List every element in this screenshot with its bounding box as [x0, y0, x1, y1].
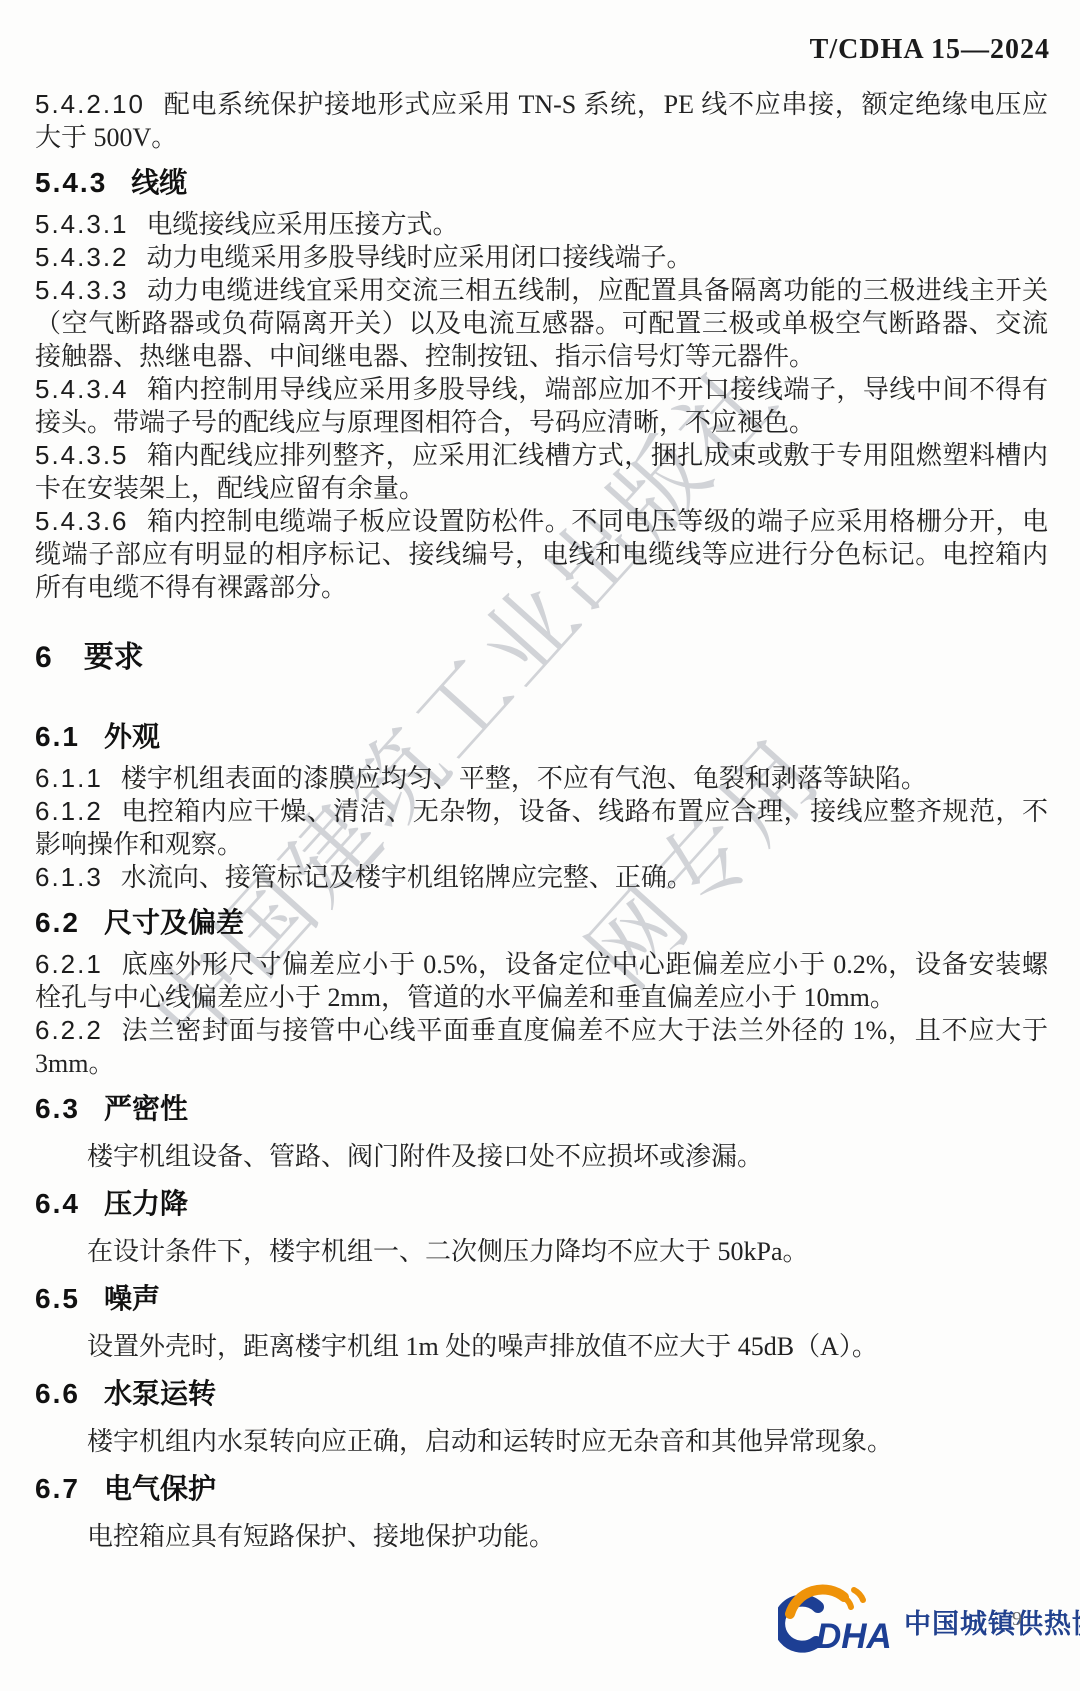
paragraph: 楼宇机组设备、管路、阀门附件及接口处不应损坏或渗漏。 [35, 1140, 1048, 1173]
clause-number: 6.1 [35, 721, 80, 752]
clause-number: 6.7 [35, 1473, 80, 1504]
clause: 6.1.3水流向、接管标记及楼宇机组铭牌应完整、正确。 [35, 861, 1048, 894]
clause-number: 6.2 [35, 907, 80, 938]
clause: 5.4.3.6箱内控制电缆端子板应设置防松件。不同电压等级的端子应采用格栅分开，… [35, 505, 1048, 604]
clause: 5.4.3.1电缆接线应采用压接方式。 [35, 208, 1048, 241]
section-heading: 6.1外观 [35, 722, 1048, 752]
paragraph: 设置外壳时，距离楼宇机组 1m 处的噪声排放值不应大于 45dB（A）。 [35, 1330, 1048, 1363]
standard-code-header: T/CDHA 15—2024 [810, 34, 1050, 66]
clause: 5.4.3.3动力电缆进线宜采用交流三相五线制，应配置具备隔离功能的三极进线主开… [35, 274, 1048, 373]
clause: 5.4.3.2动力电缆采用多股导线时应采用闭口接线端子。 [35, 241, 1048, 274]
clause-text: 箱内控制电缆端子板应设置防松件。不同电压等级的端子应采用格栅分开，电缆端子部应有… [35, 507, 1048, 602]
clause-text: 楼宇机组设备、管路、阀门附件及接口处不应损坏或渗漏。 [87, 1142, 763, 1171]
clause-text: 配电系统保护接地形式应采用 TN-S 系统，PE 线不应串接，额定绝缘电压应大于… [35, 90, 1048, 152]
clause-number: 6.2.2 [35, 1015, 103, 1045]
clause: 5.4.3.5箱内配线应排列整齐，应采用汇线槽方式，捆扎成束或敷于专用阻燃塑料槽… [35, 439, 1048, 505]
clause-text: 箱内配线应排列整齐，应采用汇线槽方式，捆扎成束或敷于专用阻燃塑料槽内卡在安装架上… [35, 441, 1048, 503]
clause-text: 线缆 [131, 167, 187, 198]
cdha-logo: DHA 中国城镇供热协会 [778, 1580, 1080, 1662]
clause-text: 电控箱应具有短路保护、接地保护功能。 [87, 1522, 555, 1551]
clause-text: 楼宇机组内水泵转向应正确，启动和运转时应无杂音和其他异常现象。 [87, 1427, 893, 1456]
section-heading: 6要求 [35, 638, 1048, 678]
clause-text: 水泵运转 [104, 1378, 216, 1409]
logo-blue-crescent [779, 1601, 818, 1647]
clause-text: 尺寸及偏差 [104, 907, 244, 938]
clause-number: 6.1.2 [35, 796, 103, 826]
section-heading: 6.6水泵运转 [35, 1379, 1048, 1409]
clause-text: 箱内控制用导线应采用多股导线，端部应加不开口接线端子，导线中间不得有接头。带端子… [35, 375, 1048, 437]
org-name: 中国城镇供热协会 [904, 1602, 1080, 1641]
clause: 5.4.2.10配电系统保护接地形式应采用 TN-S 系统，PE 线不应串接，额… [35, 88, 1048, 154]
section-heading: 5.4.3线缆 [35, 168, 1048, 198]
clause-text: 水流向、接管标记及楼宇机组铭牌应完整、正确。 [121, 863, 693, 892]
clause-text: 在设计条件下，楼宇机组一、二次侧压力降均不应大于 50kPa。 [87, 1237, 809, 1266]
clause-number: 5.4.2.10 [35, 89, 145, 119]
document-body: 5.4.2.10配电系统保护接地形式应采用 TN-S 系统，PE 线不应串接，额… [35, 88, 1048, 1569]
paragraph: 电控箱应具有短路保护、接地保护功能。 [35, 1520, 1048, 1553]
page-number: 9 [1012, 1608, 1022, 1631]
clause-text: 噪声 [104, 1283, 160, 1314]
clause-text: 严密性 [104, 1093, 188, 1124]
clause: 5.4.3.4箱内控制用导线应采用多股导线，端部应加不开口接线端子，导线中间不得… [35, 373, 1048, 439]
clause-text: 法兰密封面与接管中心线平面垂直度偏差不应大于法兰外径的 1%，且不应大于 3mm… [35, 1016, 1048, 1078]
paragraph: 在设计条件下，楼宇机组一、二次侧压力降均不应大于 50kPa。 [35, 1235, 1048, 1268]
clause-text: 外观 [104, 721, 160, 752]
document-page: T/CDHA 15—2024 中国建筑工业出版社 网专用 5.4.2.10配电系… [0, 0, 1080, 1691]
clause-number: 5.4.3 [35, 167, 107, 198]
section-heading: 6.5噪声 [35, 1284, 1048, 1314]
section-heading: 6.4压力降 [35, 1189, 1048, 1219]
section-heading: 6.2尺寸及偏差 [35, 908, 1048, 938]
clause-number: 6 [35, 641, 54, 674]
clause-number: 5.4.3.2 [35, 242, 129, 272]
section-heading: 6.3严密性 [35, 1094, 1048, 1124]
clause-text: 楼宇机组表面的漆膜应均匀、平整，不应有气泡、龟裂和剥落等缺陷。 [121, 764, 927, 793]
clause-number: 6.4 [35, 1188, 80, 1219]
clause-number: 5.4.3.1 [35, 209, 129, 239]
clause: 6.1.2电控箱内应干燥、清洁、无杂物，设备、线路布置应合理，接线应整齐规范，不… [35, 795, 1048, 861]
clause-number: 5.4.3.3 [35, 275, 129, 305]
clause-text: 电缆接线应采用压接方式。 [147, 210, 459, 239]
clause: 6.2.2法兰密封面与接管中心线平面垂直度偏差不应大于法兰外径的 1%，且不应大… [35, 1014, 1048, 1080]
clause-number: 6.1.3 [35, 862, 103, 892]
clause-number: 6.3 [35, 1093, 80, 1124]
clause-text: 底座外形尺寸偏差应小于 0.5%，设备定位中心距偏差应小于 0.2%，设备安装螺… [35, 950, 1048, 1012]
clause-text: 设置外壳时，距离楼宇机组 1m 处的噪声排放值不应大于 45dB（A）。 [87, 1332, 878, 1361]
logo-abbr-text: DHA [816, 1617, 892, 1656]
clause-text: 电气保护 [104, 1473, 216, 1504]
clause-number: 5.4.3.4 [35, 374, 129, 404]
clause-text: 要求 [84, 641, 144, 674]
cdha-logo-mark: DHA [778, 1584, 896, 1658]
clause-text: 动力电缆采用多股导线时应采用闭口接线端子。 [147, 243, 693, 272]
clause-number: 6.1.1 [35, 763, 103, 793]
logo-signal-arc-2 [854, 1590, 863, 1600]
clause: 6.1.1楼宇机组表面的漆膜应均匀、平整，不应有气泡、龟裂和剥落等缺陷。 [35, 762, 1048, 795]
clause-number: 5.4.3.6 [35, 506, 129, 536]
clause-text: 动力电缆进线宜采用交流三相五线制，应配置具备隔离功能的三极进线主开关（空气断路器… [35, 276, 1048, 371]
clause-number: 6.2.1 [35, 949, 103, 979]
clause-number: 6.5 [35, 1283, 80, 1314]
paragraph: 楼宇机组内水泵转向应正确，启动和运转时应无杂音和其他异常现象。 [35, 1425, 1048, 1458]
clause-number: 5.4.3.5 [35, 440, 129, 470]
clause-text: 电控箱内应干燥、清洁、无杂物，设备、线路布置应合理，接线应整齐规范，不影响操作和… [35, 797, 1048, 859]
clause: 6.2.1底座外形尺寸偏差应小于 0.5%，设备定位中心距偏差应小于 0.2%，… [35, 948, 1048, 1014]
section-heading: 6.7电气保护 [35, 1474, 1048, 1504]
clause-text: 压力降 [104, 1188, 188, 1219]
logo-signal-arc-1 [840, 1596, 851, 1607]
clause-number: 6.6 [35, 1378, 80, 1409]
